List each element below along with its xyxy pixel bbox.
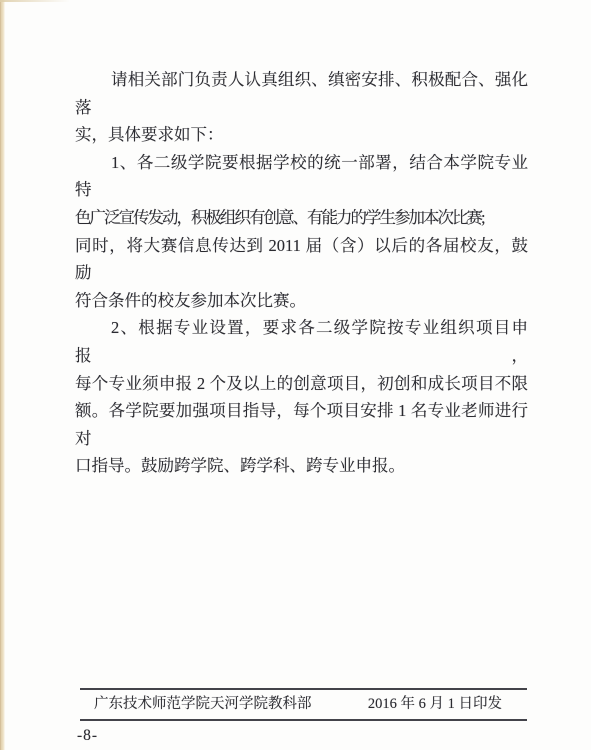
scanned-document-page: 请相关部门负责人认真组织、缜密安排、积极配合、强化落 实，具体要求如下： 1、各… bbox=[0, 0, 591, 750]
page-number: -8- bbox=[77, 727, 98, 745]
footer-print-date: 2016 年 6 月 1 日印发 bbox=[368, 693, 502, 715]
body-line: 请相关部门负责人认真组织、缜密安排、积极配合、强化落 bbox=[75, 66, 528, 121]
scan-edge-artifact bbox=[0, 0, 5, 750]
footer-top-rule bbox=[80, 688, 527, 690]
footer-issuer: 广东技术师范学院天河学院教科部 bbox=[94, 693, 312, 715]
body-line: 每个专业须申报 2 个及以上的创意项目，初创和成长项目不限 bbox=[75, 370, 528, 398]
body-line: 同时，将大赛信息传达到 2011 届（含）以后的各届校友，鼓励 bbox=[75, 232, 528, 287]
body-line: 额。各学院要加强项目指导，每个项目安排 1 名专业老师进行对 bbox=[75, 397, 528, 452]
document-body: 请相关部门负责人认真组织、缜密安排、积极配合、强化落 实，具体要求如下： 1、各… bbox=[75, 66, 528, 480]
body-line: 口指导。鼓励跨学院、跨学科、跨专业申报。 bbox=[75, 452, 528, 480]
body-line: 色广泛宣传发动，积极组织有创意、有能力的学生参加本次比赛; bbox=[75, 204, 528, 232]
body-line: 1、各二级学院要根据学校的统一部署，结合本学院专业特 bbox=[75, 149, 528, 204]
footer-bottom-rule bbox=[80, 719, 527, 721]
scan-edge-top-artifact bbox=[0, 0, 70, 2]
body-line: 2、根据专业设置，要求各二级学院按专业组织项目申报， bbox=[75, 314, 528, 369]
body-line: 符合条件的校友参加本次比赛。 bbox=[75, 287, 528, 315]
body-line: 实，具体要求如下： bbox=[75, 121, 528, 149]
document-footer: 广东技术师范学院天河学院教科部 2016 年 6 月 1 日印发 bbox=[80, 693, 527, 715]
